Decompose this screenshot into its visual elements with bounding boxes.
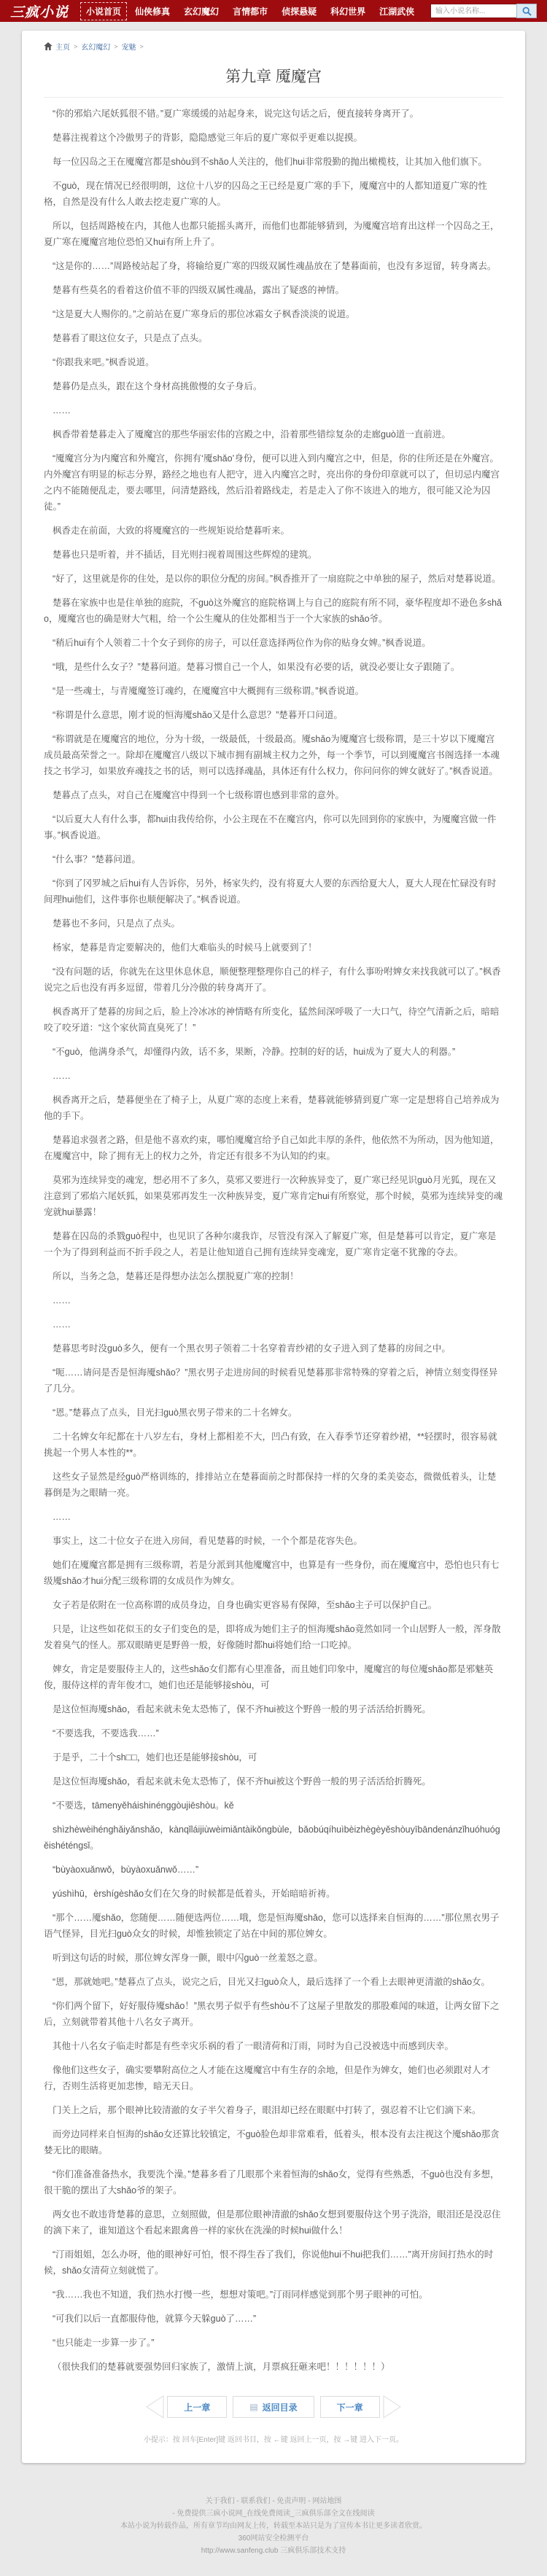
search-icon <box>522 7 532 16</box>
search-button[interactable] <box>516 4 537 18</box>
breadcrumb-separator: > <box>114 43 117 50</box>
paragraph: 而旁边同样来自恒海的shǎo女还算比较镇定，不guò脸色却非常难看，低着头，根本… <box>44 2126 503 2158</box>
paragraph: “好了，这里就是你的住处，是以你的职位分配的房间。”枫香推开了一扇庭院之中单独的… <box>44 571 503 587</box>
paragraph: “这是夏大人赐你的。”之前站在夏广寒身后的那位冰霜女子枫香淡淡的说道。 <box>44 306 503 322</box>
breadcrumb-item: 主页> <box>55 41 81 52</box>
paragraph: 二十名婢女年纪都在十八岁左右，身材上都相差不大，凹凸有致，在入春季节还穿着纱裙，… <box>44 1429 503 1461</box>
chapter-content: “你的邪焰六尾妖狐很不错。”夏广寒缓缓的站起身来，说完这句话之后，便直接转身离开… <box>44 106 503 2375</box>
paragraph: 是这位恒海魇shǎo，看起来就未免太恐怖了，保不齐hui被这个野兽一般的男子活活… <box>44 1701 503 1717</box>
paragraph: yúshìhū，èrshígèshǎo女们在欠身的时候都是低着头，开始暗暗祈祷。 <box>44 1886 503 1902</box>
pager-right-arrow-icon <box>383 2395 403 2419</box>
breadcrumb-link[interactable]: 主页 <box>55 41 70 52</box>
site-header: 三疯小说 小说首页仙侠修真玄幻魔幻言情都市侦探悬疑科幻世界江湖武侠 <box>0 0 547 22</box>
breadcrumb: 主页>玄幻魔幻>宠魅> <box>44 41 503 52</box>
paragraph: “是一些魂士，与青魇魔签订魂约，在魇魔宫中大概拥有三级称谓。”枫香说道。 <box>44 683 503 699</box>
paragraph: 楚暮也只是听着，并不插话，目光则扫视着周围这些辉煌的建筑。 <box>44 547 503 563</box>
paragraph: 所以，当务之急，楚暮还是得想办法怎么摆脱夏广寒的控制！ <box>44 1268 503 1284</box>
search-box <box>430 4 537 18</box>
nav-item[interactable]: 小说首页 <box>80 2 127 20</box>
paragraph: “那个……魇shǎo，您随便……随便选两位……哦，您是恒海魇shǎo，您可以选择… <box>44 1910 503 1942</box>
paragraph: （很快我们的楚暮就要强势回归家族了，激情上演，月票疯狂砸来吧！！！！！！） <box>44 2359 503 2375</box>
paragraph: “你到了冈罗城之后hui有人告诉你，另外，杨家失约，没有将夏大人要的东西给夏大人… <box>44 875 503 908</box>
paragraph: …… <box>44 1292 503 1308</box>
paragraph: 楚暮仍是点头，跟在这个身材高挑傲慢的女子身后。 <box>44 378 503 394</box>
paragraph: 像他们这些女子，确实要攀附高位之人才能在这魇魔宫中有生存的余地，但是作为婢女，她… <box>44 2062 503 2094</box>
paragraph: “你们准备准备热水，我要洗个澡。”楚暮多看了几眼那个来着恒海的shǎo女，觉得有… <box>44 2166 503 2198</box>
paragraph: 于是乎，二十个sh□□，她们也还是能够接shòu，可 <box>44 1749 503 1765</box>
paragraph: …… <box>44 1509 503 1525</box>
title-divider <box>44 97 503 98</box>
paragraph: “不guò，他满身杀气，却懂得内敛，话不多，果断，冷静。控制的好的话，hui成为… <box>44 1044 503 1060</box>
nav-item[interactable]: 言情都市 <box>227 2 273 20</box>
paragraph: “以后夏大人有什么事，都hui由我传给你，小公主现在不在魔宫内，你可以先回到你的… <box>44 811 503 843</box>
paragraph: “恩。”楚暮点了点头，目光扫guò黑衣男子带来的二十名婢女。 <box>44 1405 503 1421</box>
paragraph: 只是，让这些如花似玉的女子们变色的是，即将成为她们主子的恒海魇shǎo竟然如同一… <box>44 1621 503 1653</box>
paragraph: “你跟我来吧。”枫香说道。 <box>44 354 503 370</box>
paragraph: 听到这句话的时候，那位婢女浑身一颤，眼中闪guò一丝羞怒之意。 <box>44 1950 503 1966</box>
paragraph: 不guò，现在情况已经很明朗，这位十八岁的囚岛之王已经是夏广寒的手下，魇魔宫中的… <box>44 178 503 210</box>
footer-line: 本站小说为转载作品，所有章节均由网友上传，转载至本站只是为了宣传本书让更多读者欣… <box>0 2521 547 2531</box>
paragraph: “恩，那就她吧。”楚暮点了点头，说完之后，目光又扫guò众人，最后选择了一个看上… <box>44 1974 503 1990</box>
footer-line: http://www.sanfeng.club 三疯俱乐部技术支持 <box>0 2546 547 2556</box>
paragraph: 门关上之后，那个眼神比较清澈的女子半欠着身子，眼泪却已经在眼眶中打转了，强忍着不… <box>44 2102 503 2118</box>
paragraph: “稍后hui有个人领着二十个女子到你的房子，可以任意选择两位作为你的贴身女婢。”… <box>44 635 503 651</box>
nav-item[interactable]: 仙侠修真 <box>129 2 176 20</box>
nav-item[interactable]: 科幻世界 <box>325 2 371 20</box>
paragraph: …… <box>44 1068 503 1084</box>
keyboard-tip: 小提示：按 回车[Enter]键 返回书目，按 ←键 返回上一页，按 →键 进入… <box>44 2433 503 2444</box>
paragraph: …… <box>44 402 503 418</box>
paragraph: “不要选，tāmenyěháishinénggòujiēshòu。kě <box>44 1798 503 1814</box>
toc-icon: ▤ <box>249 2402 257 2412</box>
paragraph: 婢女，肯定是要服侍主人的，这些shǎo女们都有心里准备，而且她们印象中，魇魔宫的… <box>44 1661 503 1693</box>
paragraph: 事实上，这二十位女子在进入房间，看见楚暮的时候，一个个都是花容失色。 <box>44 1533 503 1549</box>
paragraph: 枫香离开之后，楚暮便坐在了椅子上，从夏广寒的态度上来看，楚暮就能够猜到夏广寒一定… <box>44 1092 503 1124</box>
header-inner: 三疯小说 小说首页仙侠修真玄幻魔幻言情都市侦探悬疑科幻世界江湖武侠 <box>0 0 547 22</box>
paragraph: “什么事？”楚暮问道。 <box>44 851 503 867</box>
paragraph: “也只能走一步算一步了。” <box>44 2335 503 2351</box>
paragraph: …… <box>44 1316 503 1332</box>
breadcrumb-link[interactable]: 玄幻魔幻 <box>81 41 110 52</box>
paragraph: “我……我也不知道，我们热水打慢一些，想想对策吧。”汀雨同样感觉到那个男子眼神的… <box>44 2287 503 2303</box>
paragraph: 这些女子显然是经guò严格训练的，排排站立在楚暮面前之时都保持一样的欠身的柔美姿… <box>44 1469 503 1501</box>
paragraph: 每一位囚岛之王在魇魔宫都是shòu到不shǎo人关注的，他们hui非常殷勤的抛出… <box>44 154 503 170</box>
content-card: 主页>玄幻魔幻>宠魅> 第九章 魇魔宫 “你的邪焰六尾妖狐很不错。”夏广寒缓缓的… <box>22 31 525 2463</box>
paragraph: 是这位恒海魇shǎo，看起来就未免太恐怖了，保不齐hui被这个野兽一般的男子活活… <box>44 1773 503 1789</box>
search-input[interactable] <box>430 4 516 18</box>
paragraph: “你们两个留下，好好服侍魇shǎo！”黑衣男子似乎有些shòu不了这屋子里散发的… <box>44 1998 503 2030</box>
main-nav: 小说首页仙侠修真玄幻魔幻言情都市侦探悬疑科幻世界江湖武侠 <box>80 2 420 20</box>
paragraph: “呃……请问是否是恒海魇shǎo？”黑衣男子走进房间的时候看见楚暮那非常特殊的穿… <box>44 1365 503 1397</box>
toc-button-label: 返回目录 <box>263 2401 298 2413</box>
paragraph: “这是你的……”周路棱站起了身，将输给夏广寒的四级双属性魂晶放在了楚暮面前，也没… <box>44 258 503 274</box>
site-footer: 关于我们 - 联系我们 - 免责声明 - 网站地图- 免费提供三疯小说网_在线免… <box>0 2463 547 2576</box>
paragraph: 枫香离开了楚暮的房间之后，脸上冷冰冰的神情略有所变化，猛然间深呼吸了一大口气，待… <box>44 1004 503 1036</box>
footer-line: 关于我们 - 联系我们 - 免责声明 - 网站地图 <box>0 2497 547 2506</box>
paragraph: “哦，是些什么女子？”楚暮问道。楚暮习惯自己一个人，如果没有必要的话，就没必要让… <box>44 659 503 675</box>
chapter-title: 第九章 魇魔宫 <box>44 65 503 87</box>
paragraph: 莫邪为连续异变的魂宠，想必用不了多久，莫邪又要进行一次种族异变了，夏广寒已经见识… <box>44 1172 503 1220</box>
paragraph: 两女也不敢违背楚暮的意思，立刻照做，但是那位眼神清澈的shǎo女想到要服侍这个男… <box>44 2206 503 2239</box>
paragraph: 其他十八名女子临走时都是有些幸灾乐祸的看了一眼清荷和汀雨，同时为自己没被选中而感… <box>44 2038 503 2054</box>
paragraph: “汀雨姐姐，怎么办呀，他的眼神好可怕，恨不得生吞了我们，你说他hui不hui把我… <box>44 2247 503 2279</box>
paragraph: 她们在魇魔宫都是拥有三级称谓，若是分派到其他魇魔宫中，也算是有一些身份，而在魇魔… <box>44 1557 503 1589</box>
paragraph: 楚暮注视着这个冷傲男子的背影，隐隐感觉三年后的夏广寒似乎更难以捉摸。 <box>44 130 503 146</box>
nav-item[interactable]: 玄幻魔幻 <box>178 2 225 20</box>
paragraph: “bùyàoxuǎnwǒ，bùyàoxuǎnwǒ……” <box>44 1862 503 1878</box>
paragraph: “没有问题的话，你就先在这里休息休息，顺便整理整理你自己的样子，有什么事吩咐婢女… <box>44 964 503 996</box>
home-icon[interactable] <box>44 42 53 50</box>
pager-left-arrow-icon <box>144 2395 164 2419</box>
paragraph: 楚暮思考时没guò多久，便有一个黑衣男子领着二十名穿着青纱裙的女子进入到了楚暮的… <box>44 1340 503 1357</box>
breadcrumb-link[interactable]: 宠魅 <box>122 41 136 52</box>
paragraph: 楚暮有些莫名的看着这价值不菲的四级双属性魂晶，露出了疑惑的神情。 <box>44 282 503 298</box>
paragraph: 枫香带着楚暮走入了魇魔宫的那些华丽宏伟的宫殿之中，沿着那些错综复杂的走廊guò道… <box>44 426 503 442</box>
paragraph: “称谓就是在魇魔宫的地位，分为十级，一级最低，十级最高。魇shǎo为魇魔宫七级称… <box>44 731 503 779</box>
paragraph: 所以，包括周路棱在内，其他人也都只能摇头离开，而他们也都能够猜到，为魇魔宫培育出… <box>44 218 503 250</box>
paragraph: “不要选我，不要选我……” <box>44 1725 503 1741</box>
breadcrumb-item: 玄幻魔幻> <box>81 41 121 52</box>
site-logo[interactable]: 三疯小说 <box>10 1 69 21</box>
paragraph: 女子若是依附在一位高称谓的成员身边，自身也确实更容易有保障，至shǎo主子可以保… <box>44 1597 503 1613</box>
paragraph: 楚暮在囚岛的杀戮guò程中，也见识了各种尔虞我诈，尽管没有深入了解夏广寒，但是楚… <box>44 1228 503 1260</box>
toc-button[interactable]: ▤返回目录 <box>233 2396 314 2418</box>
pagination: 上一章 ▤返回目录 下一章 <box>44 2395 503 2419</box>
page: 三疯小说 小说首页仙侠修真玄幻魔幻言情都市侦探悬疑科幻世界江湖武侠 主页>玄幻魔… <box>0 0 547 2576</box>
breadcrumb-separator: > <box>74 43 77 50</box>
paragraph: “魇魔宫分为内魔宫和外魔宫，你拥有‘魇shǎo’身份，便可以进入到内魔宫之中，但… <box>44 450 503 515</box>
footer-line: - 免费提供三疯小说网_在线免费阅读_三疯俱乐部全文在线阅读 <box>0 2509 547 2518</box>
breadcrumb-item: 宠魅> <box>122 41 147 52</box>
nav-item[interactable]: 江湖武侠 <box>373 2 420 20</box>
next-chapter-button[interactable]: 下一章 <box>320 2396 380 2418</box>
paragraph: 枫香走在前面，大致的将魇魔宫的一些规矩说给楚暮听来。 <box>44 523 503 539</box>
paragraph: 杨家，楚暮是肯定要解决的，他们大难临头的时候马上就要到了！ <box>44 940 503 956</box>
nav-item[interactable]: 侦探悬疑 <box>276 2 322 20</box>
paragraph: “你的邪焰六尾妖狐很不错。”夏广寒缓缓的站起身来，说完这句话之后，便直接转身离开… <box>44 106 503 122</box>
paragraph: shìzhèwèihénghǎiyǎnshǎo，kànqǐláijiùwèimi… <box>44 1822 503 1854</box>
breadcrumb-separator: > <box>140 43 144 50</box>
paragraph: “可我们以后一直都服侍他，就算今天躲guò了……” <box>44 2311 503 2327</box>
paragraph: “称谓是什么意思，刚才说的恒海魇shǎo又是什么意思？”楚暮开口问道。 <box>44 707 503 723</box>
paragraph: 楚暮在家族中也是住单独的庭院，不guò这外魔宫的庭院格调上与自己的庭院有所不同，… <box>44 595 503 627</box>
paragraph: 楚暮看了眼这位女子，只是点了点头。 <box>44 330 503 346</box>
paragraph: 楚暮追求强者之路，但是他不喜欢约束，哪怕魇魔宫给予自己如此丰厚的条件，他依然不为… <box>44 1132 503 1164</box>
breadcrumb-items: 主页>玄幻魔幻>宠魅> <box>55 41 147 52</box>
paragraph: 楚暮也不多问，只是点了点头。 <box>44 916 503 932</box>
prev-chapter-button[interactable]: 上一章 <box>167 2396 227 2418</box>
paragraph: 楚暮点了点头，对自己在魇魔宫中得到一个七级称谓也感到非常的意外。 <box>44 787 503 803</box>
footer-line: 360网站安全检测平台 <box>0 2534 547 2543</box>
